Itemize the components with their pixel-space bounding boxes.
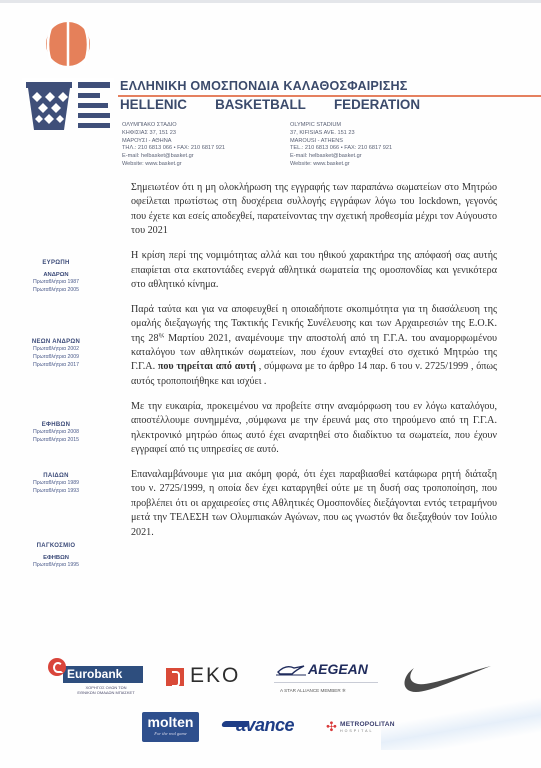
phone-fax-line: TEL.: 210 6813 066 • FAX: 210 6817 921 bbox=[290, 145, 392, 153]
honours-item: Πρωταθλήτρια 1989 bbox=[0, 480, 112, 488]
molten-logo: molten For the real game bbox=[142, 712, 199, 742]
metropolitan-tagline: HOSPITAL bbox=[340, 729, 374, 733]
eko-logo: EKO bbox=[166, 666, 256, 690]
emphasis-text: που τηρείται από αυτή bbox=[158, 361, 256, 372]
fed-en-word: HELLENIC bbox=[120, 97, 187, 112]
federation-name-greek: ΕΛΛΗΝΙΚΗ ΟΜΟΣΠΟΝΔΙΑ ΚΑΛΑΘΟΣΦΑΙΡΙΣΗΣ bbox=[120, 79, 408, 93]
address-line: OLYMPIC STADIUM bbox=[290, 122, 392, 130]
email-line: E-mail: helbasket@basket.gr bbox=[290, 153, 392, 161]
address-line: ΟΛΥΜΠΙΑΚΟ ΣΤΑΔΙΟ bbox=[122, 122, 225, 130]
federation-logo-icon bbox=[22, 20, 114, 135]
honours-item: Πρωταθλήτρια 2002 bbox=[0, 346, 112, 354]
metropolitan-logo: ✣ METROPOLITAN HOSPITAL bbox=[326, 720, 406, 740]
honours-item: Πρωταθλήτρια 2009 bbox=[0, 354, 112, 362]
honours-heading: ΠΑΙΔΩΝ bbox=[0, 472, 112, 480]
address-line: ΚΗΦΙΣΙΑΣ 37, 151 23 bbox=[122, 130, 225, 138]
avance-wordmark: avance bbox=[236, 715, 294, 736]
honours-heading: ΕΥΡΩΠΗ bbox=[0, 259, 112, 267]
honours-heading: ΠΑΓΚΟΣΜΙΟ bbox=[0, 542, 112, 550]
eurobank-wordmark: Eurobank bbox=[63, 666, 143, 683]
paragraph: Η κρίση περί της νομιμότητας αλλά και το… bbox=[131, 249, 497, 292]
honours-cadets: ΠΑΙΔΩΝ Πρωταθλήτρια 1989 Πρωταθλήτρια 19… bbox=[0, 472, 112, 496]
honours-heading: ΕΦΗΒΩΝ bbox=[0, 421, 112, 429]
paragraph: Επαναλαμβάνουμε για μια ακόμη φορά, ότι … bbox=[131, 468, 497, 540]
paragraph: Σημειωτέον ότι η μη ολοκλήρωση της εγγρα… bbox=[131, 181, 497, 239]
website-line: Website: www.basket.gr bbox=[290, 161, 392, 169]
honours-world: ΠΑΓΚΟΣΜΙΟ ΕΦΗΒΩΝ Πρωταθλήτρια 1995 bbox=[0, 542, 112, 570]
address-line: MAROUSI - ATHENS bbox=[290, 138, 392, 146]
address-line: 37, KIFISIAS AVE. 151 23 bbox=[290, 130, 392, 138]
paragraph: Με την ευκαιρία, προκειμένου να προβείτε… bbox=[131, 400, 497, 458]
eko-wordmark: EKO bbox=[190, 664, 240, 688]
fed-en-word: FEDERATION bbox=[334, 97, 420, 112]
molten-wordmark: molten bbox=[142, 714, 199, 730]
honours-item: Πρωταθλήτρια 1993 bbox=[0, 488, 112, 496]
eko-symbol-icon bbox=[166, 668, 184, 686]
honours-item: Πρωταθλήτρια 1995 bbox=[0, 562, 112, 570]
phone-fax-line: ΤΗΛ.: 210 6813 066 • FAX: 210 6817 921 bbox=[122, 145, 225, 153]
aegean-logo: AEGEAN A STAR ALLIANCE MEMBER ✲ bbox=[272, 658, 382, 702]
aegean-wordmark: AEGEAN bbox=[308, 661, 368, 677]
scan-edge bbox=[0, 0, 541, 3]
tagline-line: ΕΘΝΙΚΩΝ ΟΜΑΔΩΝ ΜΠΑΣΚΕΤ bbox=[66, 690, 146, 695]
address-greek: ΟΛΥΜΠΙΑΚΟ ΣΤΑΔΙΟ ΚΗΦΙΣΙΑΣ 37, 151 23 ΜΑΡ… bbox=[122, 122, 225, 169]
eurobank-logo: Eurobank ΧΟΡΗΓΟΣ ΟΛΩΝ ΤΩΝ ΕΘΝΙΚΩΝ ΟΜΑΔΩΝ… bbox=[48, 658, 144, 710]
aegean-tagline: A STAR ALLIANCE MEMBER ✲ bbox=[280, 688, 346, 694]
metropolitan-cross-icon: ✣ bbox=[326, 720, 337, 734]
paragraph: Παρά ταύτα και για να αποφευχθεί η οποια… bbox=[131, 303, 497, 389]
address-line: ΜΑΡΟΥΣΙ - ΑΘΗΝΑ bbox=[122, 138, 225, 146]
molten-tagline: For the real game bbox=[142, 731, 199, 736]
honours-subheading: ΕΦΗΒΩΝ bbox=[0, 554, 112, 562]
honours-item: Πρωταθλήτρια 2015 bbox=[0, 437, 112, 445]
nike-swoosh-icon bbox=[400, 662, 492, 696]
letter-body: Σημειωτέον ότι η μη ολοκλήρωση της εγγρα… bbox=[131, 181, 497, 550]
aegean-bird-icon bbox=[276, 662, 306, 678]
honours-subheading: ΑΝΔΡΩΝ bbox=[0, 271, 112, 279]
eurobank-symbol-icon bbox=[48, 658, 66, 676]
letter-page: ΕΛΛΗΝΙΚΗ ΟΜΟΣΠΟΝΔΙΑ ΚΑΛΑΘΟΣΦΑΙΡΙΣΗΣ HELL… bbox=[0, 0, 541, 768]
honours-heading: ΝΕΩΝ ΑΝΔΡΩΝ bbox=[0, 338, 112, 346]
sponsors-footer: Eurobank ΧΟΡΗΓΟΣ ΟΛΩΝ ΤΩΝ ΕΘΝΙΚΩΝ ΟΜΑΔΩΝ… bbox=[0, 650, 541, 768]
tagline-text: A STAR ALLIANCE MEMBER bbox=[280, 688, 341, 693]
federation-name-english: HELLENIC BASKETBALL FEDERATION bbox=[120, 97, 420, 112]
aegean-divider bbox=[274, 682, 378, 683]
honours-europe: ΕΥΡΩΠΗ ΑΝΔΡΩΝ Πρωταθλήτρια 1987 Πρωταθλή… bbox=[0, 259, 112, 295]
honours-young-men: ΝΕΩΝ ΑΝΔΡΩΝ Πρωταθλήτρια 2002 Πρωταθλήτρ… bbox=[0, 338, 112, 369]
honours-juniors: ΕΦΗΒΩΝ Πρωταθλήτρια 2008 Πρωταθλήτρια 20… bbox=[0, 421, 112, 445]
honours-item: Πρωταθλήτρια 2005 bbox=[0, 287, 112, 295]
star-alliance-icon: ✲ bbox=[342, 688, 346, 693]
email-line: E-mail: helbasket@basket.gr bbox=[122, 153, 225, 161]
honours-item: Πρωταθλήτρια 2017 bbox=[0, 362, 112, 370]
eurobank-tagline: ΧΟΡΗΓΟΣ ΟΛΩΝ ΤΩΝ ΕΘΝΙΚΩΝ ΟΜΑΔΩΝ ΜΠΑΣΚΕΤ bbox=[66, 685, 146, 695]
avance-logo: avance bbox=[222, 716, 308, 740]
address-english: OLYMPIC STADIUM 37, KIFISIAS AVE. 151 23… bbox=[290, 122, 392, 169]
metropolitan-wordmark: METROPOLITAN bbox=[340, 721, 395, 728]
honours-item: Πρωταθλήτρια 2008 bbox=[0, 429, 112, 437]
fed-en-word: BASKETBALL bbox=[215, 97, 306, 112]
website-line: Website: www.basket.gr bbox=[122, 161, 225, 169]
honours-item: Πρωταθλήτρια 1987 bbox=[0, 279, 112, 287]
